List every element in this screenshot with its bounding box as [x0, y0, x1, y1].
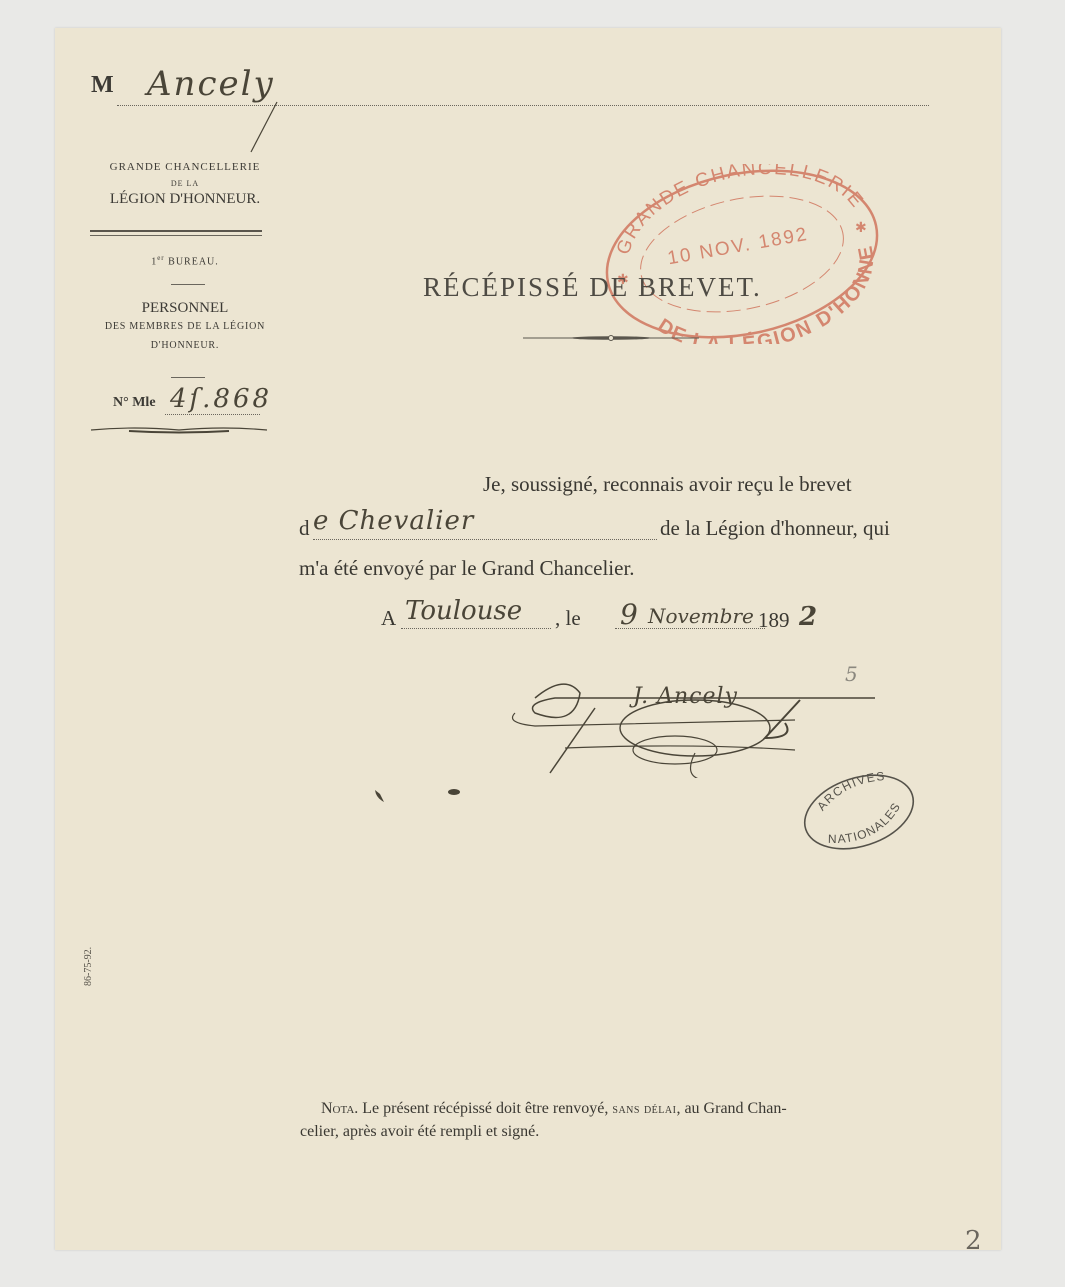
ink-spots [370, 784, 470, 814]
place-line [401, 628, 551, 629]
stamp-star-right-icon: ✱ [855, 221, 867, 236]
nota-text1: Le présent récépissé doit être renvoyé, [362, 1100, 608, 1117]
svg-text:NATIONALES: NATIONALES [828, 800, 904, 846]
membres-line2: D'HONNEUR. [80, 340, 290, 351]
received-date-stamp: GRANDE CHANCELLERIE DE LA LÉGION D'HONNE… [599, 164, 885, 344]
header-line2: DE LA [80, 179, 290, 188]
date-separator: , le [555, 606, 581, 631]
side-reference: 86-75-92. [83, 947, 94, 986]
membres-line1: DES MEMBRES DE LA LÉGION [80, 321, 290, 332]
ornamental-rule-icon [89, 423, 269, 437]
header-line1: GRANDE CHANCELLERIE [80, 161, 290, 173]
body-line2-suffix: de la Légion d'honneur, qui [660, 516, 890, 541]
page-number: 2 [965, 1226, 982, 1256]
place-handwritten: Toulouse [405, 596, 522, 626]
header-double-rule-top [90, 230, 262, 232]
body-line1: Je, soussigné, reconnais avoir reçu le b… [483, 472, 852, 497]
nota-line2: celier, après avoir été rempli et signé. [300, 1123, 539, 1141]
grade-line [313, 539, 657, 540]
grade-handwritten: e Chevalier [313, 506, 474, 536]
body-line2-prefix: d [299, 516, 310, 541]
title-ornament-icon [523, 333, 699, 343]
nota-emphasis: sans délai [612, 1102, 676, 1117]
pen-stroke-icon [245, 100, 285, 156]
bureau-sup: er [157, 254, 164, 262]
number-label: N° Mle [113, 395, 156, 411]
document-title: RÉCÉPISSÉ DE BREVET. [423, 272, 762, 303]
document-page: M Ancely GRANDE CHANCELLERIE DE LA LÉGIO… [55, 28, 1001, 1250]
signature-mark: 5 [845, 662, 858, 686]
salutation-prefix: M [91, 72, 114, 99]
short-rule-1 [171, 284, 205, 285]
matricule-number: 4ſ.868 [170, 384, 272, 414]
signature: J. Ancely [633, 684, 738, 709]
recipient-name: Ancely [147, 64, 275, 104]
short-rule-2 [171, 377, 205, 378]
bureau-text: BUREAU. [168, 256, 219, 267]
date-day: 9 [620, 598, 638, 631]
header-double-rule-bottom [90, 235, 262, 236]
place-prefix: A [381, 606, 396, 631]
recipient-line [117, 105, 929, 106]
date-year-handwritten: 2 [799, 602, 817, 632]
bureau-label: 1er BUREAU. [80, 254, 290, 267]
header-line3: LÉGION D'HONNEUR. [80, 191, 290, 208]
date-month: Novembre [648, 604, 754, 628]
body-line3: m'a été envoyé par le Grand Chancelier. [299, 556, 635, 581]
archives-nationales-stamp: ARCHIVES NATIONALES [795, 766, 925, 854]
header-block: GRANDE CHANCELLERIE DE LA LÉGION D'HONNE… [80, 161, 290, 208]
nota-block: Nota. Le présent récépissé doit être ren… [321, 1100, 941, 1118]
nota-text2: , au Grand Chan- [676, 1100, 786, 1117]
number-line [165, 414, 260, 415]
stamp-date: 10 NOV. 1892 [666, 224, 810, 269]
date-year-printed: 189 [758, 608, 790, 633]
personnel-block: PERSONNEL DES MEMBRES DE LA LÉGION D'HON… [80, 300, 290, 351]
archives-stamp-line2: NATIONALES [828, 800, 904, 846]
personnel-title: PERSONNEL [80, 300, 290, 317]
nota-label: Nota. [321, 1100, 358, 1117]
